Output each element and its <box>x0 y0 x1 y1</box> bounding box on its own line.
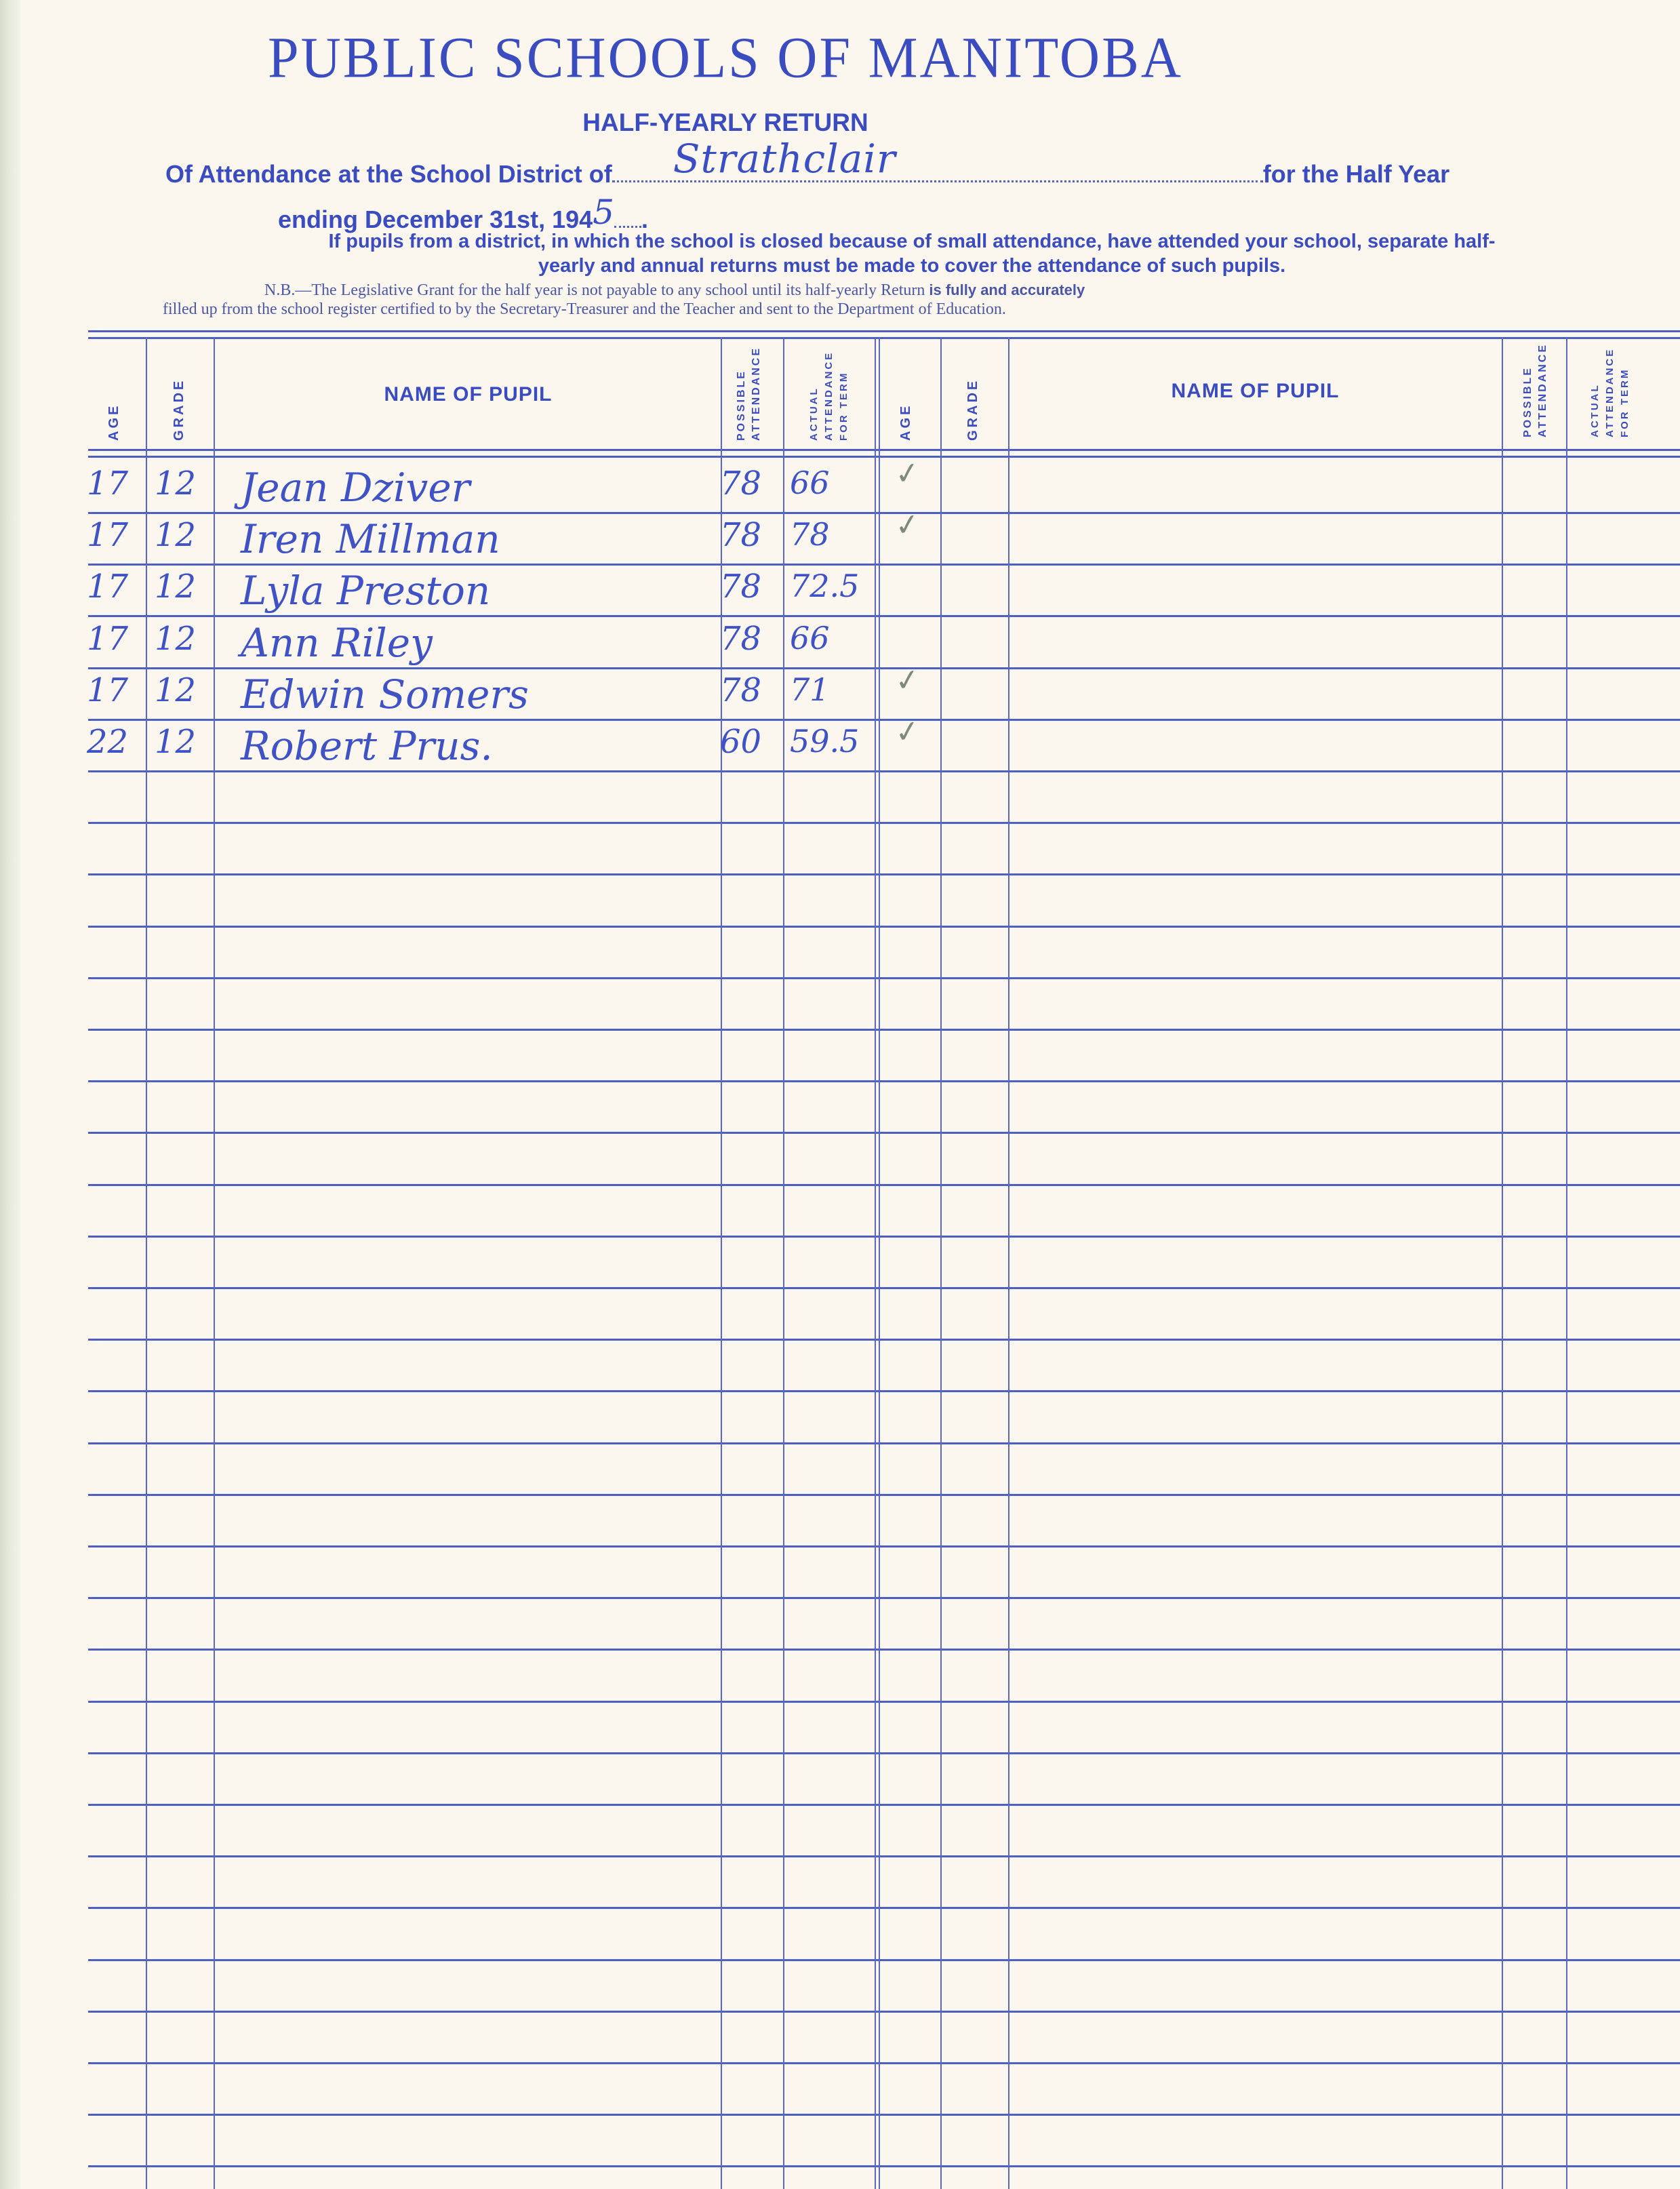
column-rule <box>940 337 942 2189</box>
cell-possible-attendance[interactable]: 78 <box>720 568 761 606</box>
cell-age[interactable]: 17 <box>87 620 128 658</box>
header-age-left: AGE <box>106 380 121 441</box>
header-grade-left: GRADE <box>172 353 186 441</box>
header-actual-right-1: ACTUAL <box>1589 383 1601 437</box>
table-rule <box>88 330 1680 332</box>
column-rule <box>879 337 880 2189</box>
notice-text: If pupils from a district, in which the … <box>159 229 1664 278</box>
table-rule <box>88 1339 1680 1341</box>
header-actual-left-2: ATTENDANCE <box>823 351 835 441</box>
table-rule <box>88 873 1680 875</box>
header-actual-right-3: FOR TERM <box>1619 368 1631 437</box>
column-rule <box>875 337 876 2189</box>
nb-text-bold: is fully and accurately <box>929 281 1085 298</box>
table-rule <box>88 1752 1680 1754</box>
checkmark-icon: ✓ <box>893 507 923 545</box>
cell-pupil-name[interactable]: Edwin Somers <box>241 671 529 717</box>
cell-possible-attendance[interactable]: 60 <box>720 723 761 761</box>
table-rule <box>88 1545 1680 1547</box>
header-name-left: NAME OF PUPIL <box>216 383 721 406</box>
cell-grade[interactable]: 12 <box>155 620 196 658</box>
table-rule <box>88 2114 1680 2116</box>
table-rule <box>88 977 1680 979</box>
table-rule <box>88 512 1680 514</box>
cell-actual-attendance[interactable]: 71 <box>790 671 830 708</box>
cell-actual-attendance[interactable]: 66 <box>790 620 830 656</box>
table-rule <box>88 1649 1680 1651</box>
header-possible-right: POSSIBLEATTENDANCE <box>1521 336 1551 437</box>
district-line-prefix: Of Attendance at the School District of <box>165 160 612 188</box>
table-rule <box>88 1287 1680 1289</box>
table-rule <box>88 2011 1680 2013</box>
table-rule <box>88 1390 1680 1392</box>
cell-grade[interactable]: 12 <box>155 723 196 761</box>
table-rule <box>88 1029 1680 1031</box>
table-rule <box>88 822 1680 824</box>
cell-actual-attendance[interactable]: 66 <box>790 465 830 501</box>
table-rule <box>88 2062 1680 2064</box>
table-rule <box>88 1701 1680 1703</box>
cell-actual-attendance[interactable]: 72.5 <box>790 568 859 604</box>
notice-line-1: If pupils from a district, in which the … <box>159 229 1664 254</box>
district-name-handwritten: Strathclair <box>673 136 896 182</box>
cell-possible-attendance[interactable]: 78 <box>720 465 761 502</box>
table-rule <box>88 719 1680 721</box>
cell-pupil-name[interactable]: Robert Prus. <box>241 723 493 769</box>
table-rule <box>88 2165 1680 2167</box>
table-rule <box>88 1494 1680 1496</box>
column-rule <box>1008 337 1009 2189</box>
table-rule <box>88 1907 1680 1909</box>
form-subtitle: HALF-YEARLY RETURN <box>0 109 1451 137</box>
column-rule <box>214 337 215 2189</box>
cell-actual-attendance[interactable]: 59.5 <box>790 723 859 760</box>
cell-possible-attendance[interactable]: 78 <box>720 620 761 658</box>
district-line-suffix: for the Half Year <box>1263 160 1449 188</box>
header-actual-right-2: ATTENDANCE <box>1604 348 1616 437</box>
header-possible-right-1: POSSIBLE <box>1522 366 1534 437</box>
column-rule <box>146 337 147 2189</box>
notice-line-2: yearly and annual returns must be made t… <box>159 254 1664 278</box>
cell-age[interactable]: 17 <box>87 671 128 709</box>
cell-actual-attendance[interactable]: 78 <box>790 516 830 553</box>
table-rule <box>88 1442 1680 1444</box>
checkmark-icon: ✓ <box>893 662 923 700</box>
cell-possible-attendance[interactable]: 78 <box>720 516 761 554</box>
header-possible-left-1: POSSIBLE <box>736 370 747 441</box>
cell-possible-attendance[interactable]: 78 <box>720 671 761 709</box>
nb-note: N.B.—The Legislative Grant for the half … <box>163 281 1668 319</box>
header-actual-right: ACTUALATTENDANCEFOR TERM <box>1588 336 1633 437</box>
cell-pupil-name[interactable]: Iren Millman <box>241 516 500 562</box>
cell-pupil-name[interactable]: Ann Riley <box>241 620 433 666</box>
nb-text-1: N.B.—The Legislative Grant for the half … <box>264 281 929 299</box>
header-possible-left-2: ATTENDANCE <box>751 347 762 441</box>
header-grade-right: GRADE <box>965 353 980 441</box>
cell-grade[interactable]: 12 <box>155 568 196 606</box>
cell-age[interactable]: 17 <box>87 568 128 606</box>
table-rule <box>88 615 1680 617</box>
cell-grade[interactable]: 12 <box>155 516 196 554</box>
column-rule <box>1502 337 1503 2189</box>
year-digit-handwritten[interactable]: 5 <box>593 193 614 232</box>
cell-grade[interactable]: 12 <box>155 465 196 502</box>
column-rule <box>721 337 722 2189</box>
header-actual-left-1: ACTUAL <box>808 387 820 441</box>
nb-text-2: filled up from the school register certi… <box>163 300 1668 319</box>
table-rule <box>88 1597 1680 1599</box>
table-rule <box>88 456 1680 458</box>
cell-pupil-name[interactable]: Jean Dziver <box>241 465 470 511</box>
header-name-right: NAME OF PUPIL <box>1009 380 1502 403</box>
cell-age[interactable]: 22 <box>87 723 128 761</box>
column-rule <box>783 337 784 2189</box>
table-rule <box>88 337 1680 339</box>
table-rule <box>88 1080 1680 1082</box>
page-edge-shadow <box>0 0 20 2189</box>
table-rule <box>88 770 1680 772</box>
table-rule <box>88 1184 1680 1186</box>
cell-pupil-name[interactable]: Lyla Preston <box>241 568 490 614</box>
cell-grade[interactable]: 12 <box>155 671 196 709</box>
table-rule <box>88 667 1680 669</box>
checkmark-icon: ✓ <box>893 713 923 751</box>
table-rule <box>88 449 1680 451</box>
header-actual-left: ACTUALATTENDANCEFOR TERM <box>807 339 852 441</box>
district-field[interactable]: Strathclair <box>612 161 1263 182</box>
column-rule <box>1566 337 1567 2189</box>
header-possible-right-2: ATTENDANCE <box>1537 343 1548 437</box>
table-rule <box>88 564 1680 566</box>
checkmark-icon: ✓ <box>893 455 923 493</box>
table-rule <box>88 1132 1680 1134</box>
table-rule <box>88 926 1680 928</box>
year-dots <box>614 212 641 228</box>
header-possible-left: POSSIBLEATTENDANCE <box>734 339 764 441</box>
header-actual-left-3: FOR TERM <box>838 372 849 441</box>
cell-age[interactable]: 17 <box>87 465 128 502</box>
table-rule <box>88 1959 1680 1961</box>
table-rule <box>88 1236 1680 1238</box>
table-rule <box>88 1855 1680 1857</box>
district-line: Of Attendance at the School District ofS… <box>165 160 1657 189</box>
cell-age[interactable]: 17 <box>87 516 128 554</box>
header-age-right: AGE <box>898 380 913 441</box>
table-rule <box>88 1804 1680 1806</box>
form-title: PUBLIC SCHOOLS OF MANITOBA <box>0 24 1451 92</box>
